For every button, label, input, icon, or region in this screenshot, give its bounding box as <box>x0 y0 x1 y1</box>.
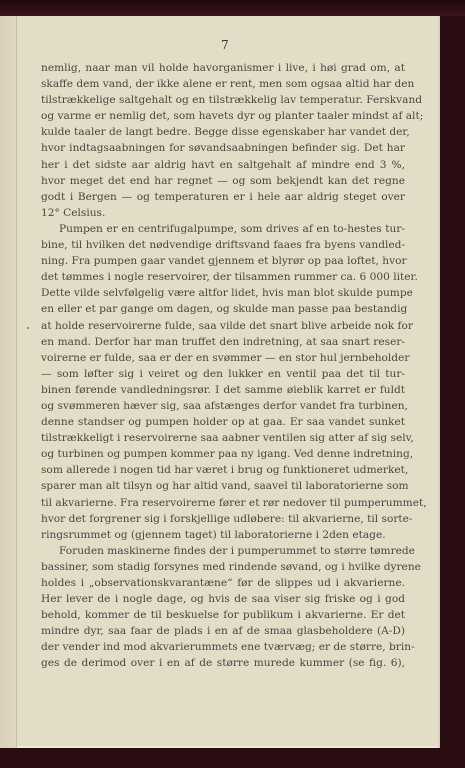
text-line: Pumpen er en centrifugalpumpe, som drive… <box>41 221 405 237</box>
text-line: sparer man alt tilsyn og har altid vand,… <box>41 478 405 494</box>
text-line: denne standser og pumpen holder op at ga… <box>41 414 405 430</box>
text-line: bine, til hvilken det nødvendige driftsv… <box>41 237 405 253</box>
text-line: tilstrækkelige saltgehalt og en tilstræk… <box>41 92 405 108</box>
text-line: hvor meget det end har regnet — og som b… <box>41 173 405 189</box>
text-line: hvor indtagsaabningen for søvandsaabning… <box>41 140 405 156</box>
text-line: her i det sidste aar aldrig havt en salt… <box>41 157 405 173</box>
text-line: og varme er nemlig det, som havets dyr o… <box>41 108 405 124</box>
text-line: der vender ind mod akvarierummets ene tv… <box>41 639 405 655</box>
text-line: tilstrækkeligt i reservoirerne saa aabne… <box>41 430 405 446</box>
text-line: at holde reservoirerne fulde, saa vilde … <box>41 318 405 334</box>
text-line: hvor det forgrener sig i forskjellige ud… <box>41 511 405 527</box>
text-line: behold, kommer de til beskuelse for publ… <box>41 607 405 623</box>
text-line: — som løfter sig i veiret og den lukker … <box>41 366 405 382</box>
text-line: ning. Fra pumpen gaar vandet gjennem et … <box>41 253 405 269</box>
text-line: som allerede i nogen tid har været i bru… <box>41 462 405 478</box>
scan-background-top <box>0 0 465 16</box>
text-line: og svømmeren hæver sig, saa afstænges de… <box>41 398 405 414</box>
text-line: Her lever de i nogle dage, og hvis de sa… <box>41 591 405 607</box>
text-line: bassiner, som stadig forsynes med rinden… <box>41 559 405 575</box>
text-line: en mand. Derfor har man truffet den indr… <box>41 334 405 350</box>
text-line: ges de derimod over i en af de større mu… <box>41 655 405 671</box>
text-line: voirerne er fulde, saa er der en svømmer… <box>41 350 405 366</box>
text-line: holdes i „observationskvarantæne“ før de… <box>41 575 405 591</box>
text-line: nemlig, naar man vil holde havorganismer… <box>41 60 405 76</box>
text-line: og turbinen og pumpen kommer paa ny igan… <box>41 446 405 462</box>
text-line: Foruden maskinerne findes der i pumperum… <box>41 543 405 559</box>
text-line: godt i Bergen — og temperaturen er i hel… <box>41 189 405 205</box>
text-line: en eller et par gange om dagen, og skuld… <box>41 301 405 317</box>
text-line: det tømmes i nogle reservoirer, der tils… <box>41 269 405 285</box>
text-line: skaffe dem vand, der ikke alene er rent,… <box>41 76 405 92</box>
text-line: kulde taaler de langt bedre. Begge disse… <box>41 124 405 140</box>
text-line: ringsrummet og (gjennem taget) til labor… <box>41 527 405 543</box>
text-line: Dette vilde selvfølgelig være altfor lid… <box>41 285 405 301</box>
margin-speck <box>27 327 29 329</box>
text-line: til akvarierne. Fra reservoirerne fører … <box>41 495 405 511</box>
body-text: nemlig, naar man vil holde havorganismer… <box>41 60 405 672</box>
text-line: binen førende vandledningsrør. I det sam… <box>41 382 405 398</box>
text-line: 12° Celsius. <box>41 205 405 221</box>
text-line: mindre dyr, saa faar de plads i en af de… <box>41 623 405 639</box>
book-spine-edge <box>0 16 17 748</box>
page-number: 7 <box>0 38 450 52</box>
